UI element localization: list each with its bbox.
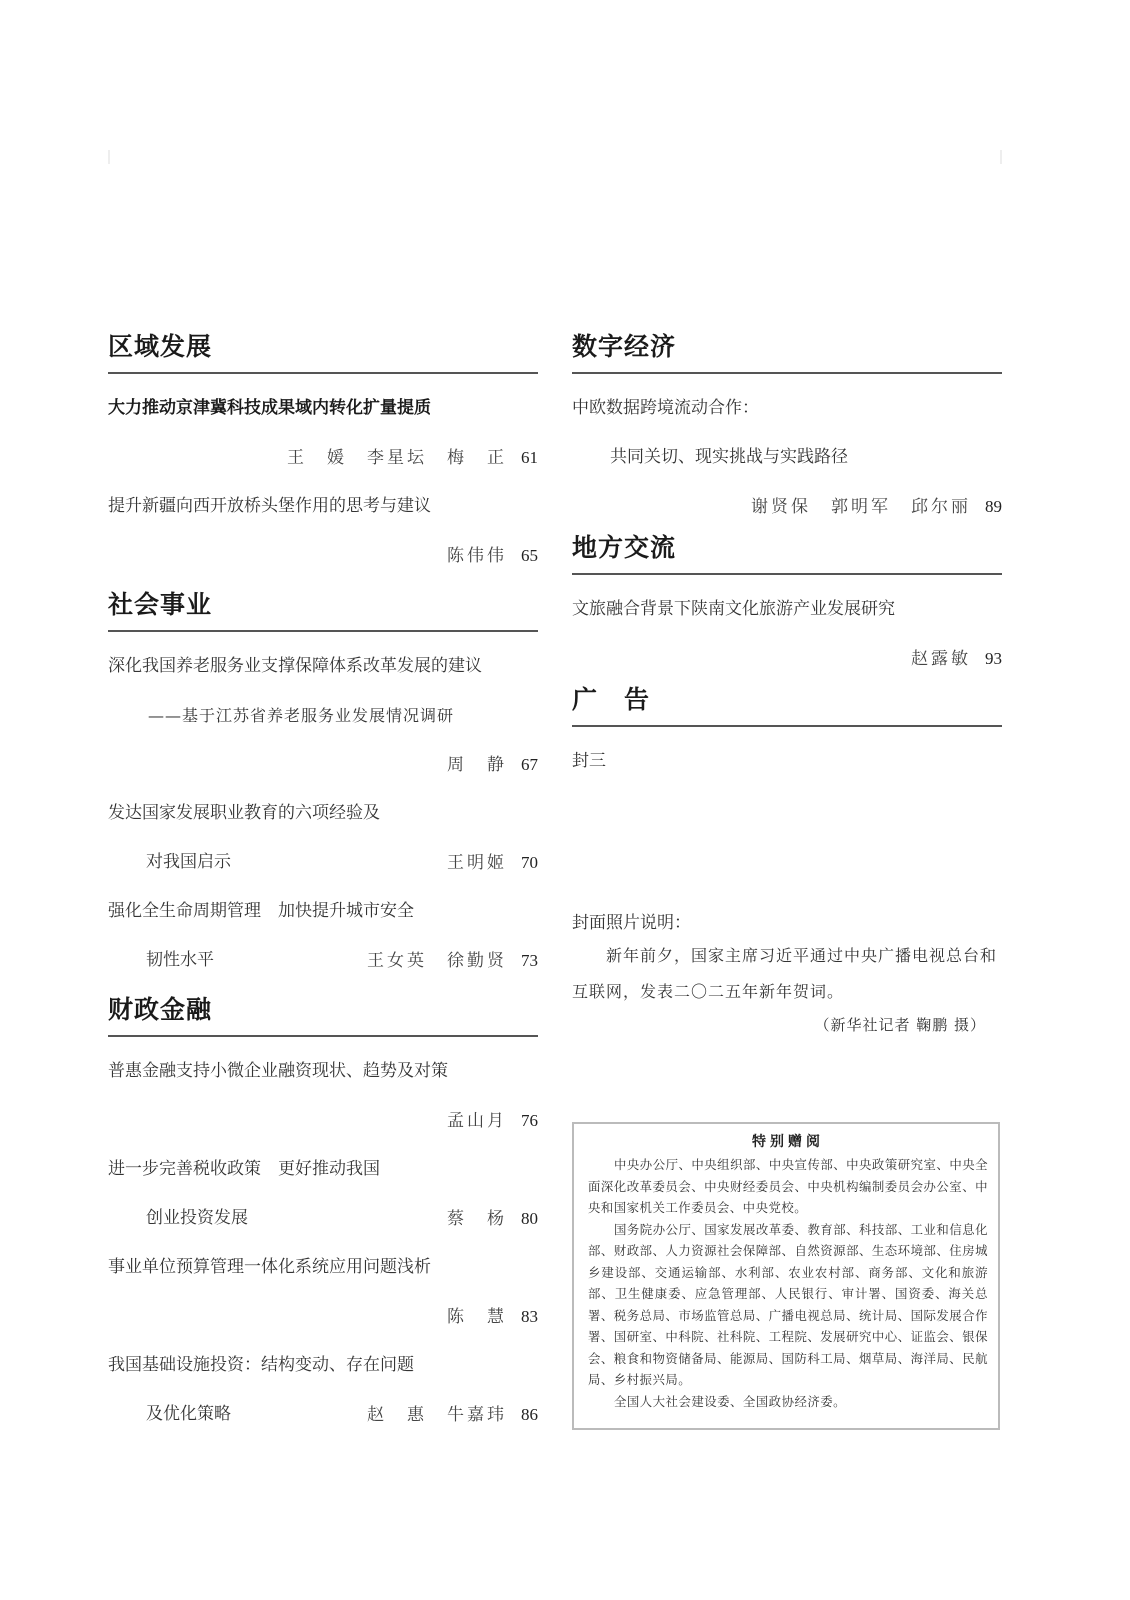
article-authors: 陈 慧 [447,1307,507,1327]
section-heading: 广 告 [572,683,1002,727]
page-number[interactable]: 70 [521,853,538,872]
ad-entry[interactable]: 封三 [572,737,1002,786]
cover-caption: 封面照片说明： 新年前夕，国家主席习近平通过中央广播电视总台和互联网，发表二〇二… [572,900,1002,1040]
page-number[interactable]: 73 [521,951,538,970]
toc-left-column: 区域发展 大力推动京津冀科技成果域内转化扩量提质 王 媛 李星坛 梅 正61 提… [108,330,538,1439]
cover-caption-credit: （新华社记者 鞠鹏 摄） [572,1010,1002,1040]
article-authors: 蔡 杨 [447,1209,507,1229]
article-title[interactable]: 普惠金融支持小微企业融资现状、趋势及对策 [108,1047,538,1096]
toc-section-social-affairs: 社会事业 深化我国养老服务业支撑保障体系改革发展的建议 ——基于江苏省养老服务业… [108,588,538,985]
page-number[interactable]: 93 [985,649,1002,668]
article-title[interactable]: 进一步完善税收政策 更好推动我国 [108,1145,538,1194]
article-title[interactable]: 中欧数据跨境流动合作： [572,384,1002,433]
article-meta: 孟山月76 [108,1096,538,1145]
article-authors: 孟山月 [447,1111,507,1131]
article-title-line[interactable]: 对我国启示 [146,852,231,872]
page-number[interactable]: 89 [985,497,1002,516]
section-heading: 社会事业 [108,588,538,632]
article-meta: 王 媛 李星坛 梅 正61 [108,433,538,482]
article-title[interactable]: 深化我国养老服务业支撑保障体系改革发展的建议 [108,642,538,691]
article-title[interactable]: 大力推动京津冀科技成果域内转化扩量提质 [108,384,538,433]
toc-section-local-exchange: 地方交流 文旅融合背景下陕南文化旅游产业发展研究 赵露敏93 [572,531,1002,683]
article-authors: 陈伟伟 [447,546,507,566]
crop-mark-right [1000,150,1002,164]
special-gift-paragraph: 中央办公厅、中央组织部、中央宣传部、中央政策研究室、中央全面深化改革委员会、中央… [588,1154,988,1219]
article-title[interactable]: 事业单位预算管理一体化系统应用问题浅析 [108,1243,538,1292]
article-title-line[interactable]: 及优化策略 [146,1404,231,1424]
section-heading: 财政金融 [108,993,538,1037]
article-title-continued: 创业投资发展 蔡 杨80 [108,1194,538,1243]
toc-section-finance: 财政金融 普惠金融支持小微企业融资现状、趋势及对策 孟山月76 进一步完善税收政… [108,993,538,1439]
special-gift-paragraph: 全国人大社会建设委、全国政协经济委。 [588,1391,988,1413]
section-heading: 地方交流 [572,531,1002,575]
section-heading: 数字经济 [572,330,1002,374]
cover-caption-body: 新年前夕，国家主席习近平通过中央广播电视总台和互联网，发表二〇二五年新年贺词。 [572,938,1002,1010]
page-number[interactable]: 65 [521,546,538,565]
article-title-line[interactable]: 创业投资发展 [146,1208,248,1228]
page-number[interactable]: 83 [521,1307,538,1326]
article-title-continued[interactable]: 共同关切、现实挑战与实践路径 [572,433,1002,482]
article-authors: 谢贤保 郭明军 邱尔丽 [751,497,971,517]
article-title-line[interactable]: 韧性水平 [146,950,214,970]
article-meta: 赵露敏93 [572,634,1002,683]
page-number[interactable]: 61 [521,448,538,467]
article-title-continued: 韧性水平 王女英 徐勤贤73 [108,936,538,985]
article-title[interactable]: 提升新疆向西开放桥头堡作用的思考与建议 [108,482,538,531]
page-number[interactable]: 76 [521,1111,538,1130]
page-number[interactable]: 80 [521,1209,538,1228]
page-number[interactable]: 86 [521,1405,538,1424]
article-meta: 周 静67 [108,740,538,789]
article-title-continued: 及优化策略 赵 惠 牛嘉玮86 [108,1390,538,1439]
toc-right-column: 数字经济 中欧数据跨境流动合作： 共同关切、现实挑战与实践路径 谢贤保 郭明军 … [572,330,1002,786]
article-title[interactable]: 发达国家发展职业教育的六项经验及 [108,789,538,838]
special-gift-box: 特别赠阅 中央办公厅、中央组织部、中央宣传部、中央政策研究室、中央全面深化改革委… [572,1122,1000,1430]
toc-section-advertisement: 广 告 封三 [572,683,1002,786]
article-subtitle: ——基于江苏省养老服务业发展情况调研 [108,691,538,740]
cover-caption-title: 封面照片说明： [572,908,1002,938]
toc-section-digital-economy: 数字经济 中欧数据跨境流动合作： 共同关切、现实挑战与实践路径 谢贤保 郭明军 … [572,330,1002,531]
article-authors: 王 媛 李星坛 梅 正 [287,448,507,468]
toc-section-regional-development: 区域发展 大力推动京津冀科技成果域内转化扩量提质 王 媛 李星坛 梅 正61 提… [108,330,538,580]
page-number[interactable]: 67 [521,755,538,774]
crop-mark-left [108,150,110,164]
section-heading: 区域发展 [108,330,538,374]
article-authors: 王女英 徐勤贤 [367,951,507,971]
article-meta: 陈 慧83 [108,1292,538,1341]
article-meta: 陈伟伟65 [108,531,538,580]
article-authors: 王明姬 [447,853,507,873]
article-authors: 赵露敏 [911,649,971,669]
special-gift-title: 特别赠阅 [588,1130,988,1154]
article-authors: 赵 惠 牛嘉玮 [367,1405,507,1425]
article-title[interactable]: 文旅融合背景下陕南文化旅游产业发展研究 [572,585,1002,634]
article-title[interactable]: 我国基础设施投资：结构变动、存在问题 [108,1341,538,1390]
article-title-continued: 对我国启示 王明姬70 [108,838,538,887]
special-gift-paragraph: 国务院办公厅、国家发展改革委、教育部、科技部、工业和信息化部、财政部、人力资源社… [588,1219,988,1391]
article-meta: 谢贤保 郭明军 邱尔丽89 [572,482,1002,531]
article-title[interactable]: 强化全生命周期管理 加快提升城市安全 [108,887,538,936]
article-authors: 周 静 [447,755,507,775]
